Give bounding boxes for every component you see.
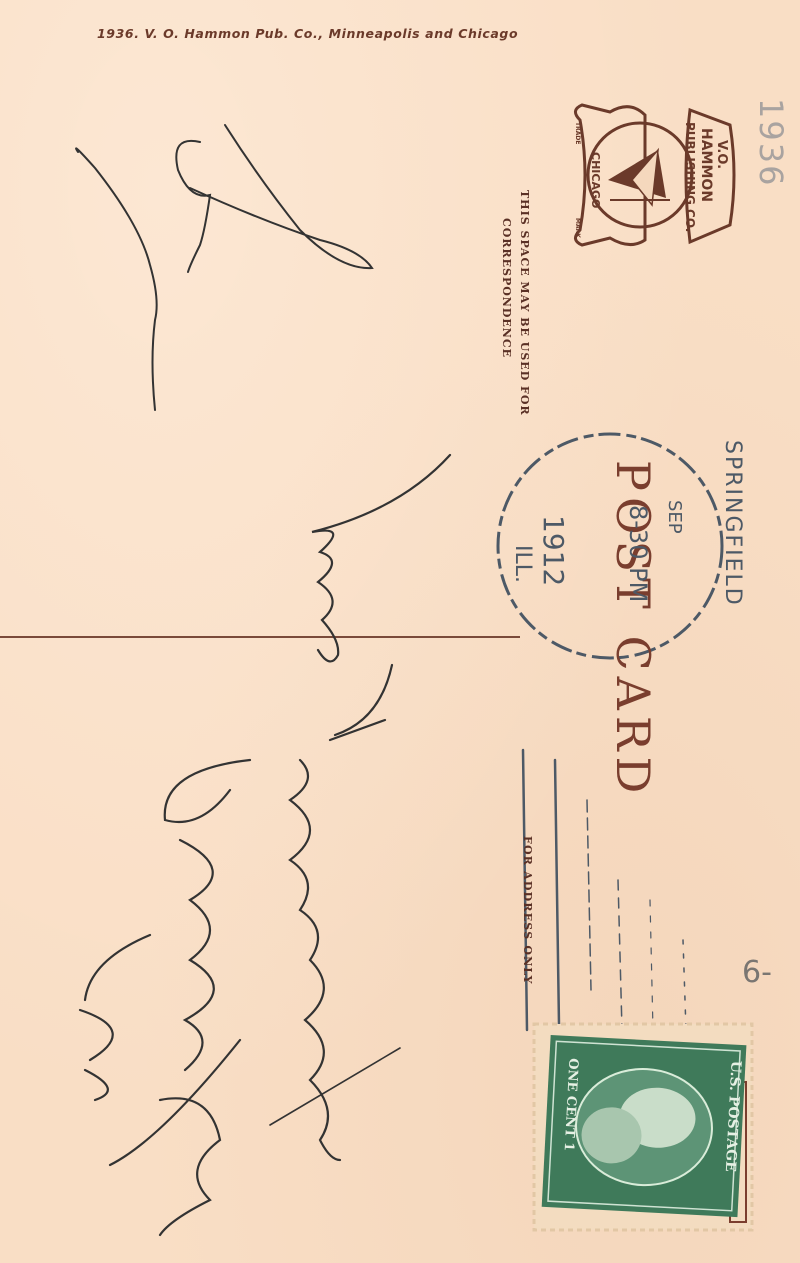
postmark-year: 1912: [537, 515, 570, 586]
handwritten-miss: [312, 455, 450, 661]
svg-text:V.O.: V.O.: [714, 140, 729, 169]
svg-text:HAMMON: HAMMON: [698, 128, 714, 202]
hammon-publishing-logo: V.O. HAMMON PUBLISHING CO. CHICAGO TRADE…: [570, 100, 740, 250]
postcard-back: 1936. V. O. Hammon Pub. Co., Minneapolis…: [0, 0, 800, 1263]
pencil-number-note: 6-: [742, 955, 772, 990]
pencil-year-note: 1936: [752, 98, 790, 187]
postage-stamp: ONE CENT 1 U.S. POSTAGE: [532, 1022, 754, 1232]
address-only-label: FOR ADDRESS ONLY: [521, 836, 534, 985]
postmark-city: SPRINGFIELD: [720, 440, 745, 607]
svg-text:TRADE: TRADE: [574, 122, 581, 144]
sailboat-icon: [608, 150, 670, 205]
postmark-state: ILL.: [510, 545, 535, 583]
svg-text:CHICAGO: CHICAGO: [589, 152, 602, 208]
publisher-line: 1936. V. O. Hammon Pub. Co., Minneapolis…: [97, 26, 518, 41]
svg-text:MARK: MARK: [574, 218, 581, 238]
handwritten-initials: [76, 125, 372, 410]
correspondence-line-1: THIS SPACE MAY BE USED FOR: [515, 190, 533, 416]
postmark-month: SEP: [664, 500, 685, 534]
handwritten-hazel-crumbler: [290, 665, 392, 1160]
postmark-time: 8-30 PM: [624, 505, 652, 602]
correspondence-label: THIS SPACE MAY BE USED FOR CORRESPONDENC…: [497, 190, 533, 416]
message-address-divider: [0, 636, 520, 638]
cancellation-lines: [515, 740, 745, 1040]
correspondence-line-2: CORRESPONDENCE: [497, 190, 515, 416]
svg-text:PUBLISHING CO.: PUBLISHING CO.: [683, 122, 697, 232]
handwritten-paulina-green: [160, 760, 250, 1235]
handwritten-ind: [80, 935, 240, 1165]
